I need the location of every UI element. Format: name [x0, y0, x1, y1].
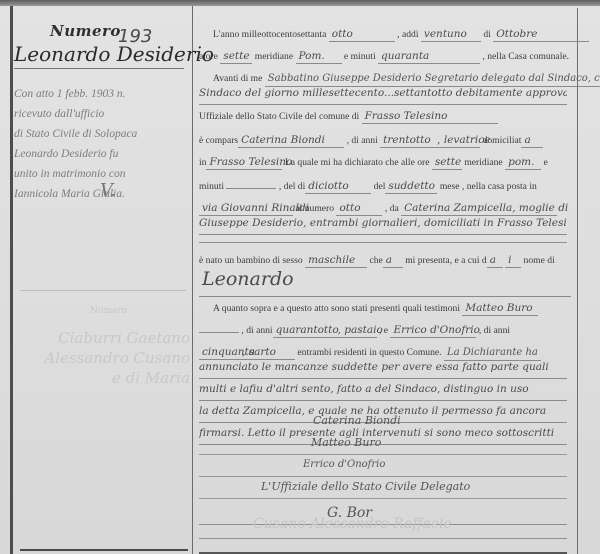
print-text: meridiane [255, 51, 293, 62]
print-text: nome [524, 255, 545, 266]
bleedthrough-line: Alessandro Cusano [20, 348, 190, 368]
annotation-line: Con atto 1 febb. 1903 n. [14, 84, 186, 104]
record-line-handwritten: annunciato le mancanze suddette per aver… [199, 356, 567, 379]
field-birth-hour: sette [432, 155, 462, 170]
record-line-comune: Uffiziale dello Stato Civile del comune … [199, 106, 571, 128]
field-child-name: Leonardo [199, 268, 297, 290]
field-comune: Frasso Telesino [362, 109, 498, 124]
print-text: , nella Casa comunale. [482, 51, 569, 62]
record-line-time: a ore sette meridiane Pom. e minuti quar… [199, 46, 571, 68]
print-text: meridiane [464, 157, 502, 168]
print-text: , di anni [479, 325, 510, 336]
print-text: L'anno milleottocentosettanta [213, 29, 326, 40]
print-text: mese , nella casa posta in [440, 181, 537, 192]
field-birth-meridian: pom. [505, 155, 541, 170]
field-witness-1-age: quarantotto [273, 323, 335, 338]
field-sex: maschile [305, 253, 367, 268]
signature-declarant: Caterina Biondi [313, 410, 401, 432]
print-text: mi presenta, e a cui d [405, 255, 487, 266]
document-page: Numero 193 Leonardo Desiderio Con atto 1… [0, 0, 600, 554]
field-hour: sette [220, 49, 252, 64]
margin-child-name: Leonardo Desiderio [14, 42, 184, 69]
record-line-witnesses: A quanto sopra e a questo atto sono stat… [199, 298, 571, 320]
bleedthrough-numero: Numero [90, 306, 127, 316]
record-body: L'anno milleottocentosettanta otto , add… [193, 6, 577, 554]
print-text: , di anni [347, 135, 378, 146]
signature-witness-2: Errico d'Onofrio [199, 454, 567, 477]
field-birth-month: suddetto [385, 179, 437, 194]
record-line-birth-date: minuti , del dìdiciotto delsuddetto mese… [199, 176, 571, 198]
left-border [10, 6, 13, 554]
print-text: , del dì [279, 181, 305, 192]
field-declarant: Caterina Biondi [238, 133, 344, 148]
record-line-declarant: è comparsCaterina Biondi , di anni trent… [199, 130, 571, 152]
print-text: a ore [199, 51, 218, 62]
record-line-witness-details: , di anniquarantotto, pastaio , e Errico… [199, 320, 571, 342]
field-witness-1: Matteo Buro [462, 301, 538, 316]
blank-rule [199, 242, 567, 243]
annotation-line: ricevuto dall'ufficio [14, 104, 186, 124]
blank-rule [199, 538, 567, 539]
annotation-line: Leonardo Desiderio fu [14, 144, 186, 164]
print-text: che [369, 255, 382, 266]
bleedthrough-text: Ciaburri Gaetano Alessandro Cusano e di … [20, 328, 190, 388]
field-meridian: Pom. [296, 49, 342, 64]
bleedthrough-bottom: Cusano Alessandro Raffaele [253, 516, 452, 532]
field-suffix: a [521, 133, 543, 148]
record-line-handwritten: multi e lafiu d'altri sento, fatto a del… [199, 378, 567, 401]
record-line-handwritten: Giuseppe Desiderio, entrambi giornalieri… [199, 212, 567, 235]
field-declarant-age: trentotto [380, 133, 434, 148]
field-month: Ottobre [493, 27, 589, 42]
field-minutes: quaranta [378, 49, 480, 64]
print-text: Uffiziale dello Stato Civile del comune … [199, 111, 359, 122]
annotation-signature: V. [100, 180, 116, 201]
print-text: e [544, 157, 548, 168]
field-witness-1-profession: , pastaio [335, 323, 377, 338]
field-suffix: i [505, 253, 521, 268]
print-text: di [547, 255, 554, 266]
print-text: è compars [199, 135, 238, 146]
print-text: , addì [397, 29, 418, 40]
field-residence: Frasso Telesino [206, 155, 282, 170]
print-text: è nato un bambino di sesso [199, 255, 303, 266]
field-year: otto [329, 27, 395, 42]
blank-field [199, 320, 239, 333]
field-day: ventuno [421, 27, 481, 42]
record-line-residence: inFrasso Telesino La quale mi ha dichiar… [199, 152, 571, 174]
print-text: domiciliat [483, 135, 522, 146]
field-suffix: a [487, 253, 503, 268]
print-text: La quale mi ha dichiarato che alle ore [285, 157, 430, 168]
record-line-date: L'anno milleottocentosettanta otto , add… [199, 24, 571, 46]
print-text: del [374, 181, 386, 192]
margin-divider [20, 290, 186, 291]
record-line-handwritten: Sindaco del giorno millesettecento...set… [199, 82, 567, 105]
print-text: in [199, 157, 206, 168]
print-text: di [483, 29, 490, 40]
print-text: A quanto sopra e a questo atto sono stat… [213, 303, 460, 314]
annotation-line: di Stato Civile di Solopaca [14, 124, 186, 144]
blank-field [226, 176, 276, 189]
print-text: e minuti [344, 51, 376, 62]
print-text: , di anni [241, 325, 272, 336]
numero-label: Numero [50, 22, 121, 40]
field-birth-day: diciotto [305, 179, 371, 194]
print-text: minuti [199, 181, 224, 192]
print-text: , e [379, 325, 388, 336]
field-witness-2: Errico d'Onofrio [390, 323, 476, 338]
bleedthrough-line: Ciaburri Gaetano [20, 328, 190, 348]
field-declarant-profession: , levatrice [434, 133, 480, 148]
signature-officer: L'Uffiziale dello Stato Civile Delegato [199, 476, 567, 499]
bleedthrough-line: e di Maria [20, 368, 190, 388]
record-line-child-name: Leonardo [199, 268, 571, 297]
field-suffix: a [383, 253, 403, 268]
margin-bottom-rule [20, 549, 188, 551]
signature-witness-1: Matteo Buro [199, 432, 567, 455]
